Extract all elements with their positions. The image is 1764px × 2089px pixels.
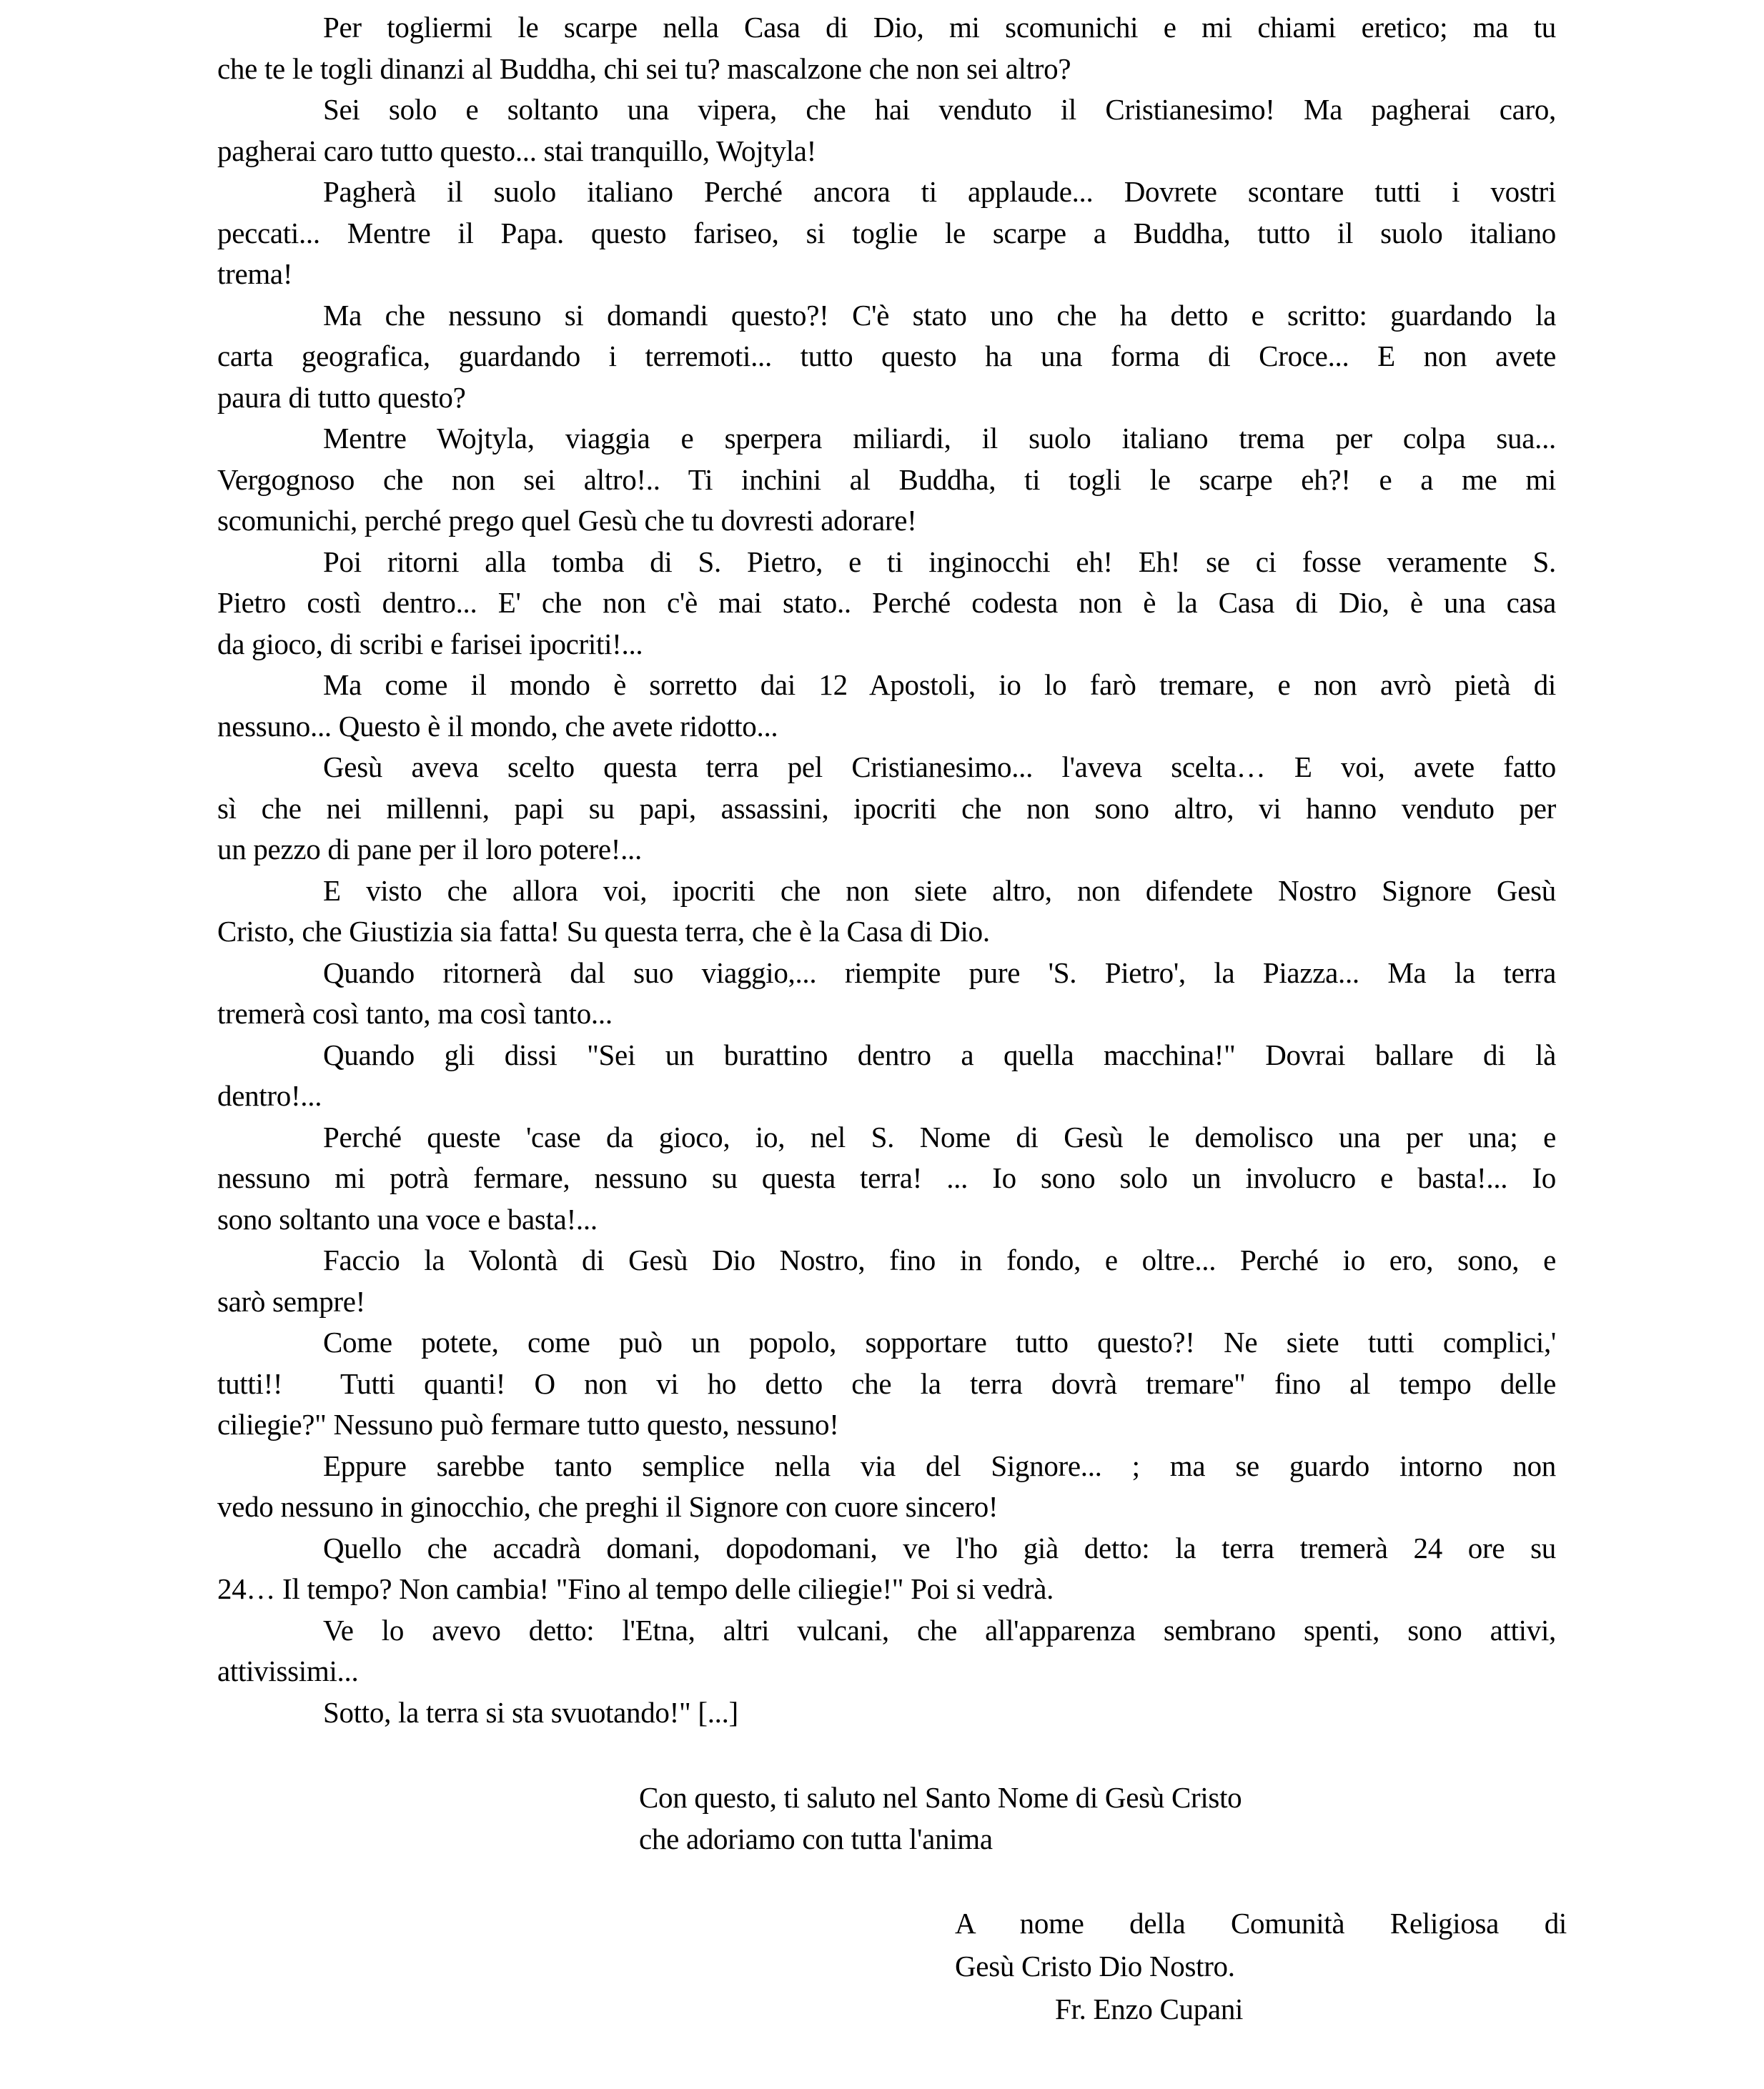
text-line: Ve lo avevo detto: l'Etna, altri vulcani… <box>217 1610 1556 1652</box>
text-line: Gesù aveva scelto questa terra pel Crist… <box>217 747 1556 788</box>
text-line: Quando ritornerà dal suo viaggio,... rie… <box>217 953 1556 994</box>
text-line: un pezzo di pane per il loro potere!... <box>217 829 1556 870</box>
text-line: Cristo, che Giustizia sia fatta! Su ques… <box>217 911 1556 953</box>
text-line: Ma che nessuno si domandi questo?! C'è s… <box>217 295 1556 337</box>
text-line: Pagherà il suolo italiano Perché ancora … <box>217 172 1556 213</box>
signature-line-deity: Gesù Cristo Dio Nostro. <box>955 1945 1567 1988</box>
text-line: Quando gli dissi "Sei un burattino dentr… <box>217 1035 1556 1076</box>
text-line: trema! <box>217 254 1556 295</box>
text-line: Perché queste 'case da gioco, io, nel S.… <box>217 1117 1556 1158</box>
text-line: da gioco, di scribi e farisei ipocriti!.… <box>217 624 1556 665</box>
text-line: scomunichi, perché prego quel Gesù che t… <box>217 500 1556 542</box>
text-line: Sotto, la terra si sta svuotando!" [...] <box>217 1692 1556 1734</box>
salutation-line: che adoriamo con tutta l'anima <box>639 1819 1556 1860</box>
signer-name: Fr. Enzo Cupani <box>955 1988 1567 2030</box>
text-line: nessuno mi potrà fermare, nessuno su que… <box>217 1158 1556 1199</box>
text-line: Per togliermi le scarpe nella Casa di Di… <box>217 7 1556 49</box>
letter-body: Per togliermi le scarpe nella Casa di Di… <box>217 7 1556 1733</box>
text-line: Sei solo e soltanto una vipera, che hai … <box>217 89 1556 131</box>
signature-block: A nome della Comunità Religiosa di Gesù … <box>955 1902 1567 2030</box>
text-line: Mentre Wojtyla, viaggia e sperpera milia… <box>217 418 1556 460</box>
text-line: attivissimi... <box>217 1651 1556 1692</box>
document-page: Per togliermi le scarpe nella Casa di Di… <box>0 0 1764 2089</box>
text-line: peccati... Mentre il Papa. questo farise… <box>217 213 1556 254</box>
closing-salutation: Con questo, ti saluto nel Santo Nome di … <box>639 1777 1556 1860</box>
text-line: carta geografica, guardando i terremoti.… <box>217 336 1556 377</box>
text-line: ciliegie?" Nessuno può fermare tutto que… <box>217 1404 1556 1446</box>
text-line: sì che nei millenni, papi su papi, assas… <box>217 788 1556 830</box>
text-line: paura di tutto questo? <box>217 377 1556 419</box>
text-line: Ma come il mondo è sorretto dai 12 Apost… <box>217 665 1556 706</box>
text-line: E visto che allora voi, ipocriti che non… <box>217 870 1556 912</box>
text-line: sono soltanto una voce e basta!... <box>217 1199 1556 1241</box>
text-line: nessuno... Questo è il mondo, che avete … <box>217 706 1556 748</box>
signature-line-community: A nome della Comunità Religiosa di <box>955 1902 1567 1945</box>
text-line: Come potete, come può un popolo, sopport… <box>217 1322 1556 1364</box>
text-line: Poi ritorni alla tomba di S. Pietro, e t… <box>217 542 1556 583</box>
text-line: Quello che accadrà domani, dopodomani, v… <box>217 1528 1556 1569</box>
text-line: Vergognoso che non sei altro!.. Ti inchi… <box>217 460 1556 501</box>
salutation-line: Con questo, ti saluto nel Santo Nome di … <box>639 1777 1556 1819</box>
text-line: Faccio la Volontà di Gesù Dio Nostro, fi… <box>217 1240 1556 1281</box>
text-line: sarò sempre! <box>217 1281 1556 1323</box>
text-line: tremerà così tanto, ma così tanto... <box>217 993 1556 1035</box>
text-line: Eppure sarebbe tanto semplice nella via … <box>217 1446 1556 1487</box>
text-line: vedo nessuno in ginocchio, che preghi il… <box>217 1487 1556 1528</box>
text-line: tutti!! Tutti quanti! O non vi ho detto … <box>217 1364 1556 1405</box>
text-line: pagherai caro tutto questo... stai tranq… <box>217 131 1556 172</box>
text-line: 24… Il tempo? Non cambia! "Fino al tempo… <box>217 1569 1556 1610</box>
text-line: che te le togli dinanzi al Buddha, chi s… <box>217 49 1556 90</box>
text-line: dentro!... <box>217 1076 1556 1117</box>
text-line: Pietro costì dentro... E' che non c'è ma… <box>217 582 1556 624</box>
